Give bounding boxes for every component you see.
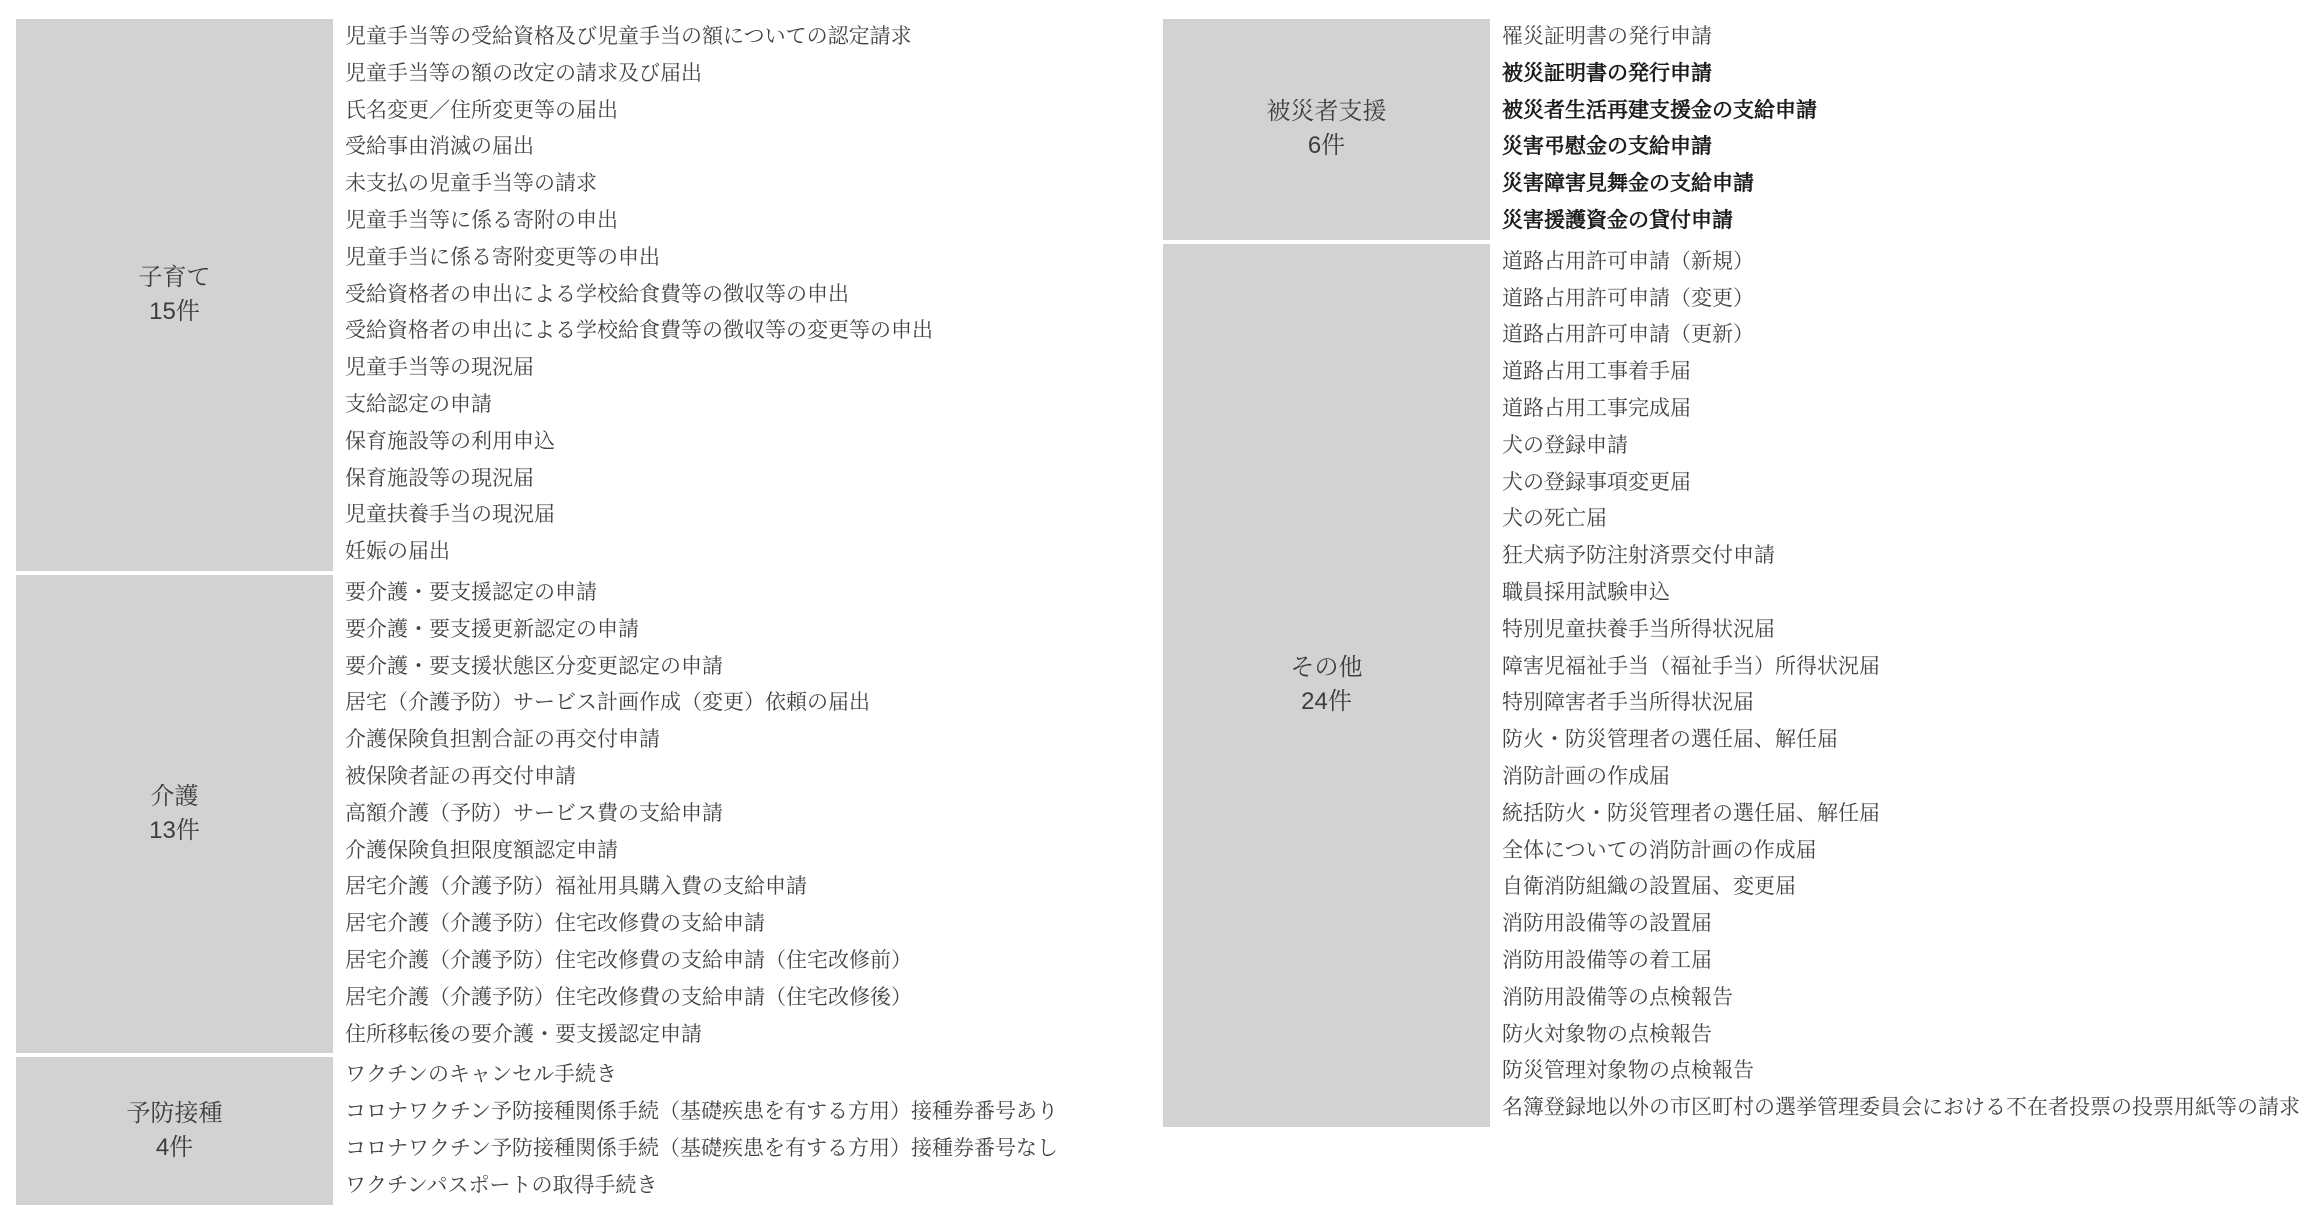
category-count: 4件: [156, 1131, 193, 1165]
procedure-item: 被保険者証の再交付申請: [345, 759, 1058, 796]
procedure-item: 特別児童扶養手当所得状況届: [1502, 612, 2300, 649]
procedure-item: 道路占用工事完成届: [1502, 391, 2300, 428]
procedure-item: 要介護・要支援更新認定の申請: [345, 612, 1058, 649]
category-label: 予防接種: [127, 1097, 223, 1131]
procedure-item: 被災者生活再建支援金の支給申請: [1502, 93, 2300, 130]
category-box: 予防接種 4件: [16, 1057, 333, 1204]
procedure-item: 介護保険負担限度額認定申請: [345, 833, 1058, 870]
procedure-item: 災害障害見舞金の支給申請: [1502, 166, 2300, 203]
category-section: その他 24件 道路占用許可申請（新規） 道路占用許可申請（変更） 道路占用許可…: [1163, 244, 2300, 1127]
procedure-item: 特別障害者手当所得状況届: [1502, 685, 2300, 722]
procedure-item: 受給資格者の申出による学校給食費等の徴収等の変更等の申出: [345, 313, 1058, 350]
category-section: 介護 13件 要介護・要支援認定の申請 要介護・要支援更新認定の申請 要介護・要…: [16, 575, 1058, 1053]
procedure-item: 罹災証明書の発行申請: [1502, 19, 2300, 56]
procedure-item: 児童手当等の現況届: [345, 350, 1058, 387]
left-column: 子育て 15件 児童手当等の受給資格及び児童手当の額についての認定請求 児童手当…: [16, 19, 1058, 1205]
category-box: その他 24件: [1163, 244, 1490, 1127]
procedure-item: ワクチンパスポートの取得手続き: [345, 1168, 1058, 1205]
procedure-list: ワクチンのキャンセル手続き コロナワクチン予防接種関係手続（基礎疾患を有する方用…: [333, 1057, 1058, 1204]
procedure-item: コロナワクチン予防接種関係手続（基礎疾患を有する方用）接種券番号なし: [345, 1131, 1058, 1168]
procedure-item: 消防計画の作成届: [1502, 759, 2300, 796]
procedure-item: 防火・防災管理者の選任届、解任届: [1502, 722, 2300, 759]
procedure-item: コロナワクチン予防接種関係手続（基礎疾患を有する方用）接種券番号あり: [345, 1094, 1058, 1131]
category-box: 子育て 15件: [16, 19, 333, 571]
procedure-item: 居宅介護（介護予防）住宅改修費の支給申請（住宅改修前）: [345, 943, 1058, 980]
procedure-item: 居宅介護（介護予防）住宅改修費の支給申請: [345, 906, 1058, 943]
procedure-item: 防災管理対象物の点検報告: [1502, 1053, 2300, 1090]
procedure-list: 道路占用許可申請（新規） 道路占用許可申請（変更） 道路占用許可申請（更新） 道…: [1490, 244, 2300, 1127]
procedure-item: 介護保険負担割合証の再交付申請: [345, 722, 1058, 759]
procedure-item: 職員採用試験申込: [1502, 575, 2300, 612]
procedure-item: 自衛消防組織の設置届、変更届: [1502, 869, 2300, 906]
procedure-item: 犬の登録事項変更届: [1502, 465, 2300, 502]
category-section: 予防接種 4件 ワクチンのキャンセル手続き コロナワクチン予防接種関係手続（基礎…: [16, 1057, 1058, 1204]
procedure-item: 児童手当等に係る寄附の申出: [345, 203, 1058, 240]
category-label: その他: [1291, 651, 1363, 685]
procedure-item: 居宅介護（介護予防）住宅改修費の支給申請（住宅改修後）: [345, 980, 1058, 1017]
procedure-item: 支給認定の申請: [345, 387, 1058, 424]
procedure-item: 氏名変更／住所変更等の届出: [345, 93, 1058, 130]
procedure-item: 名簿登録地以外の市区町村の選挙管理委員会における不在者投票の投票用紙等の請求: [1502, 1090, 2300, 1127]
procedure-item: 道路占用許可申請（更新）: [1502, 317, 2300, 354]
procedure-item: 犬の登録申請: [1502, 428, 2300, 465]
procedure-item: 妊娠の届出: [345, 534, 1058, 571]
procedure-item: 児童手当等の受給資格及び児童手当の額についての認定請求: [345, 19, 1058, 56]
category-count: 24件: [1301, 685, 1352, 719]
procedure-item: 全体についての消防計画の作成届: [1502, 833, 2300, 870]
procedure-item: 児童手当に係る寄附変更等の申出: [345, 240, 1058, 277]
procedure-item: 狂犬病予防注射済票交付申請: [1502, 538, 2300, 575]
procedure-item: ワクチンのキャンセル手続き: [345, 1057, 1058, 1094]
category-section: 子育て 15件 児童手当等の受給資格及び児童手当の額についての認定請求 児童手当…: [16, 19, 1058, 571]
procedure-item: 高額介護（予防）サービス費の支給申請: [345, 796, 1058, 833]
category-section: 被災者支援 6件 罹災証明書の発行申請 被災証明書の発行申請 被災者生活再建支援…: [1163, 19, 2300, 240]
procedure-item: 居宅介護（介護予防）福祉用具購入費の支給申請: [345, 869, 1058, 906]
procedure-item: 道路占用許可申請（変更）: [1502, 281, 2300, 318]
procedure-item: 児童手当等の額の改定の請求及び届出: [345, 56, 1058, 93]
procedure-item: 受給資格者の申出による学校給食費等の徴収等の申出: [345, 277, 1058, 314]
procedure-item: 防火対象物の点検報告: [1502, 1017, 2300, 1054]
procedure-item: 災害援護資金の貸付申請: [1502, 203, 2300, 240]
procedure-item: 消防用設備等の点検報告: [1502, 980, 2300, 1017]
procedure-item: 被災証明書の発行申請: [1502, 56, 2300, 93]
procedure-item: 統括防火・防災管理者の選任届、解任届: [1502, 796, 2300, 833]
procedure-item: 要介護・要支援状態区分変更認定の申請: [345, 649, 1058, 686]
procedure-item: 障害児福祉手当（福祉手当）所得状況届: [1502, 649, 2300, 686]
category-box: 介護 13件: [16, 575, 333, 1053]
category-count: 6件: [1308, 129, 1345, 163]
category-box: 被災者支援 6件: [1163, 19, 1490, 240]
category-label: 子育て: [139, 261, 211, 295]
procedure-list: 児童手当等の受給資格及び児童手当の額についての認定請求 児童手当等の額の改定の請…: [333, 19, 1058, 571]
procedure-item: 道路占用工事着手届: [1502, 354, 2300, 391]
procedure-list: 罹災証明書の発行申請 被災証明書の発行申請 被災者生活再建支援金の支給申請 災害…: [1490, 19, 2300, 240]
category-count: 13件: [149, 814, 200, 848]
procedure-item: 住所移転後の要介護・要支援認定申請: [345, 1017, 1058, 1054]
right-column: 被災者支援 6件 罹災証明書の発行申請 被災証明書の発行申請 被災者生活再建支援…: [1163, 19, 2300, 1127]
procedure-item: 消防用設備等の設置届: [1502, 906, 2300, 943]
procedure-item: 道路占用許可申請（新規）: [1502, 244, 2300, 281]
procedure-item: 受給事由消滅の届出: [345, 129, 1058, 166]
procedure-item: 居宅（介護予防）サービス計画作成（変更）依頼の届出: [345, 685, 1058, 722]
procedure-item: 保育施設等の現況届: [345, 461, 1058, 498]
procedure-item: 犬の死亡届: [1502, 501, 2300, 538]
procedure-item: 児童扶養手当の現況届: [345, 497, 1058, 534]
procedure-item: 保育施設等の利用申込: [345, 424, 1058, 461]
procedure-item: 要介護・要支援認定の申請: [345, 575, 1058, 612]
category-label: 介護: [151, 780, 199, 814]
procedure-item: 消防用設備等の着工届: [1502, 943, 2300, 980]
procedure-item: 災害弔慰金の支給申請: [1502, 129, 2300, 166]
procedure-category-table: 子育て 15件 児童手当等の受給資格及び児童手当の額についての認定請求 児童手当…: [0, 0, 2321, 1218]
procedure-list: 要介護・要支援認定の申請 要介護・要支援更新認定の申請 要介護・要支援状態区分変…: [333, 575, 1058, 1053]
category-label: 被災者支援: [1267, 95, 1387, 129]
procedure-item: 未支払の児童手当等の請求: [345, 166, 1058, 203]
category-count: 15件: [149, 295, 200, 329]
